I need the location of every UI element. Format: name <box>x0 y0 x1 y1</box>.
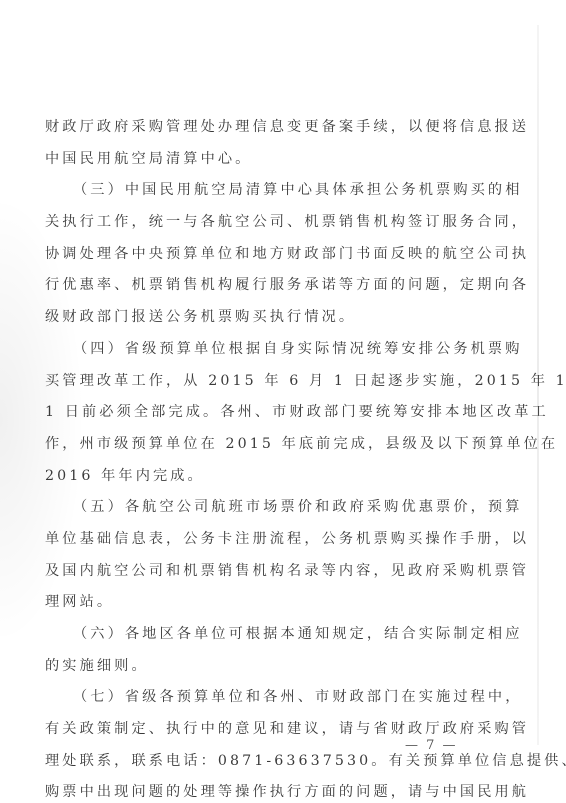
text-line: 1 日前必须全部完成。各州、市财政部门要统筹安排本地区改革工 <box>45 397 435 429</box>
text-line: （三）中国民用航空局清算中心具体承担公务机票购买的相 <box>45 175 435 207</box>
text-line: 级财政部门报送公务机票购买执行情况。 <box>45 302 435 334</box>
text-line: 理处联系，联系电话：0871-63637530。有关预算单位信息提供、 <box>45 746 435 778</box>
text-line: （四）省级预算单位根据自身实际情况统筹安排公务机票购 <box>45 334 435 366</box>
text-line: （七）省级各预算单位和各州、市财政部门在实施过程中， <box>45 682 435 714</box>
text-line: （五）各航空公司航班市场票价和政府采购优惠票价，预算 <box>45 492 435 524</box>
text-line: 作，州市级预算单位在 2015 年底前完成，县级及以下预算单位在 <box>45 429 435 461</box>
page-number: — 7 — <box>405 738 458 753</box>
text-line: 财政厅政府采购管理处办理信息变更备案手续，以便将信息报送 <box>45 112 435 144</box>
text-line: 中国民用航空局清算中心。 <box>45 144 435 176</box>
text-line: 有关政策制定、执行中的意见和建议，请与省财政厅政府采购管 <box>45 714 435 746</box>
text-line: 关执行工作，统一与各航空公司、机票销售机构签订服务合同， <box>45 207 435 239</box>
text-line: 单位基础信息表，公务卡注册流程，公务机票购买操作手册，以 <box>45 524 435 556</box>
text-line: 的实施细则。 <box>45 651 435 683</box>
text-line: 及国内航空公司和机票销售机构名录等内容，见政府采购机票管 <box>45 556 435 588</box>
text-line: 买管理改革工作，从 2015 年 6 月 1 日起逐步实施，2015 年 10 … <box>45 366 435 398</box>
document-body: 财政厅政府采购管理处办理信息变更备案手续，以便将信息报送中国民用航空局清算中心。… <box>45 112 435 803</box>
text-line: 购票中出现问题的处理等操作执行方面的问题，请与中国民用航 <box>45 777 435 803</box>
text-line: 理网站。 <box>45 587 435 619</box>
text-line: 2016 年年内完成。 <box>45 461 435 493</box>
document-page: 财政厅政府采购管理处办理信息变更备案手续，以便将信息报送中国民用航空局清算中心。… <box>0 0 566 803</box>
text-line: 协调处理各中央预算单位和地方财政部门书面反映的航空公司执 <box>45 239 435 271</box>
text-line: （六）各地区各单位可根据本通知规定，结合实际制定相应 <box>45 619 435 651</box>
text-line: 行优惠率、机票销售机构履行服务承诺等方面的问题，定期向各 <box>45 270 435 302</box>
